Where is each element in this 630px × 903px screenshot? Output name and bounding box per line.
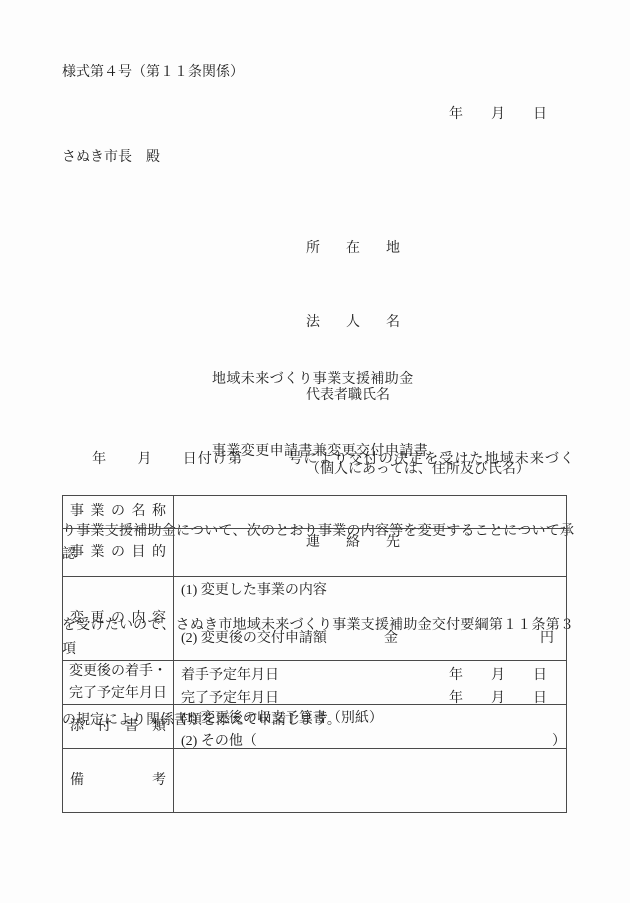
project-name-label-cell: 事業の名称	[63, 496, 174, 528]
project-name-value-cell	[174, 496, 566, 528]
table-row-remarks: 備考	[63, 748, 566, 813]
change-content-label-cell: 変更の内容	[63, 577, 174, 660]
remarks-label-cell: 備考	[63, 749, 174, 813]
attachments-value-cell: (1) 変更後の収支予算書（別紙） (2) その他（ ）	[174, 705, 566, 748]
change-content-label: 変更の内容	[63, 609, 173, 629]
remarks-value-cell	[174, 749, 566, 813]
amount-yen-label: 円	[540, 627, 554, 651]
amount-label: (2) 変更後の交付申請額	[181, 627, 327, 651]
project-purpose-value-cell	[174, 529, 566, 576]
changed-project-item: (1) 変更した事業の内容	[181, 579, 327, 603]
application-table: 事業の名称 事業の目的 変更の内容 (1) 変更した事業の内容 (2) 変更後の…	[62, 495, 567, 813]
start-date-line: 着手予定年月日 年 月 日	[181, 665, 547, 688]
form-number: 様式第４号（第１１条関係）	[62, 61, 244, 85]
table-row-change-content: 変更の内容 (1) 変更した事業の内容 (2) 変更後の交付申請額 金 円	[63, 576, 566, 660]
amount-kin-label: 金	[384, 627, 398, 651]
schedule-label-cell: 変更後の着手・ 完了予定年月日	[63, 661, 174, 704]
project-purpose-label: 事業の目的	[63, 543, 173, 563]
body-line: 年 月 日付け第 号により交付の決定を受けた地域未来づく	[62, 448, 574, 472]
date-line: 年 月 日	[0, 103, 630, 127]
document-title-line1: 地域未来づくり事業支援補助金	[212, 368, 428, 392]
table-row-attachments: 添付書類 (1) 変更後の収支予算書（別紙） (2) その他（ ）	[63, 704, 566, 748]
change-content-value-cell: (1) 変更した事業の内容 (2) 変更後の交付申請額 金 円	[174, 577, 566, 660]
table-row-schedule: 変更後の着手・ 完了予定年月日 着手予定年月日 年 月 日 完了予定年月日 年 …	[63, 660, 566, 704]
remarks-label: 備考	[63, 771, 173, 791]
document-page: 様式第４号（第１１条関係） 年 月 日 さぬき市長 殿 所在地 法人名 代表者職…	[0, 0, 630, 903]
schedule-value-cell: 着手予定年月日 年 月 日 完了予定年月日 年 月 日	[174, 661, 566, 704]
schedule-label-line1: 変更後の着手・	[63, 661, 173, 683]
attachments-label: 添付書類	[63, 717, 173, 737]
start-date-label: 着手予定年月日	[181, 665, 279, 688]
addressee: さぬき市長 殿	[62, 146, 160, 170]
table-row-project-name: 事業の名称	[63, 496, 566, 528]
attachments-label-cell: 添付書類	[63, 705, 174, 748]
address-label: 所在地	[306, 237, 400, 262]
project-name-label: 事業の名称	[63, 502, 173, 522]
schedule-label-line2: 完了予定年月日	[63, 683, 173, 705]
table-row-project-purpose: 事業の目的	[63, 528, 566, 576]
start-date-placeholder: 年 月 日	[449, 665, 547, 688]
attachment-item-1: (1) 変更後の収支予算書（別紙）	[181, 707, 548, 730]
project-purpose-label-cell: 事業の目的	[63, 529, 174, 576]
